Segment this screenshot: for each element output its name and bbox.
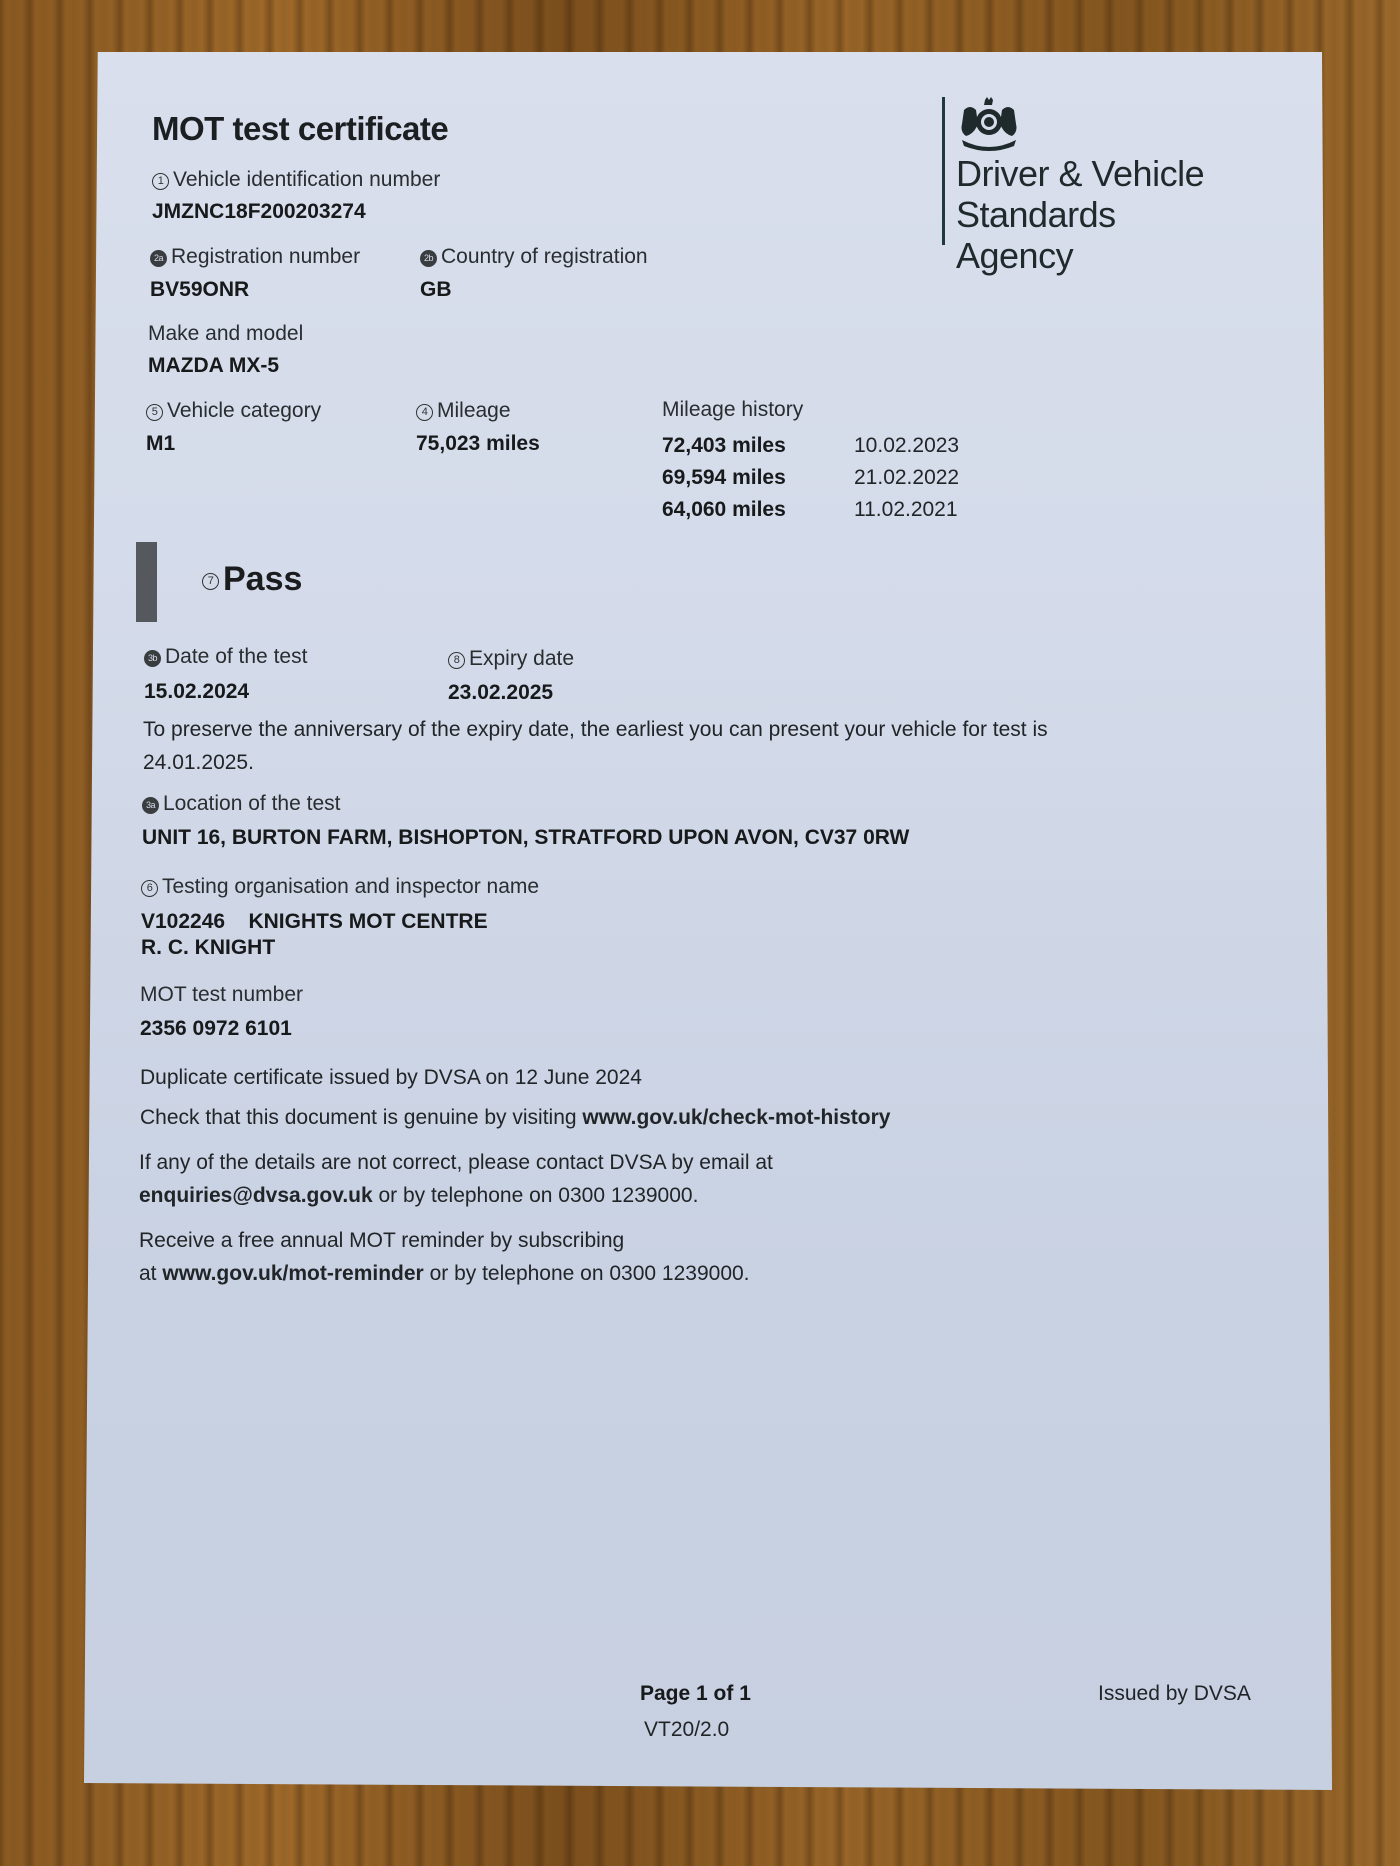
inspector-name: R. C. KNIGHT: [141, 936, 275, 960]
field-marker-icon: 7: [202, 573, 219, 590]
location-value: UNIT 16, BURTON FARM, BISHOPTON, STRATFO…: [142, 826, 909, 850]
country-label: 2bCountry of registration: [420, 245, 648, 269]
country-value: GB: [420, 278, 452, 302]
vin-label: 1Vehicle identification number: [152, 168, 440, 192]
vin-value: JMZNC18F200203274: [152, 200, 366, 224]
certificate-title: MOT test certificate: [152, 110, 448, 148]
duplicate-note: Duplicate certificate issued by DVSA on …: [140, 1066, 642, 1090]
mileage-label: 4Mileage: [416, 399, 511, 423]
make-model-value: MAZDA MX-5: [148, 354, 279, 378]
agency-name-line2: Standards: [956, 197, 1116, 233]
test-number-label: MOT test number: [140, 983, 303, 1007]
form-code: VT20/2.0: [644, 1718, 729, 1742]
field-marker-icon: 2a: [150, 250, 167, 267]
mileage-history-entry: 64,060 miles 11.02.2021: [662, 494, 959, 526]
agency-name-line3: Agency: [956, 238, 1073, 274]
registration-label: 2aRegistration number: [150, 245, 360, 269]
test-date-value: 15.02.2024: [144, 680, 249, 704]
make-model-label: Make and model: [148, 322, 303, 346]
check-note: Check that this document is genuine by v…: [140, 1106, 890, 1130]
vehicle-category-label: 5Vehicle category: [146, 399, 321, 423]
field-marker-icon: 2b: [420, 250, 437, 267]
test-date-label: 3bDate of the test: [144, 645, 307, 669]
expiry-date-label: 8Expiry date: [448, 647, 574, 671]
field-marker-icon: 3a: [142, 797, 159, 814]
organisation-value: V102246 KNIGHTS MOT CENTRE: [141, 910, 488, 934]
field-marker-icon: 8: [448, 652, 465, 669]
issuer-note: Issued by DVSA: [1098, 1682, 1251, 1706]
logo-divider: [942, 97, 945, 245]
field-marker-icon: 1: [152, 173, 169, 190]
field-marker-icon: 4: [416, 404, 433, 421]
mileage-history-entry: 72,403 miles 10.02.2023: [662, 430, 959, 462]
result-indicator-bar: [136, 542, 157, 622]
expiry-date-value: 23.02.2025: [448, 681, 553, 705]
contact-note-line1: If any of the details are not correct, p…: [139, 1151, 773, 1175]
agency-name-line1: Driver & Vehicle: [956, 156, 1204, 192]
contact-note-line2: enquiries@dvsa.gov.uk or by telephone on…: [139, 1184, 698, 1208]
anniversary-note-line1: To preserve the anniversary of the expir…: [143, 718, 1048, 742]
location-label: 3aLocation of the test: [142, 792, 340, 816]
organisation-label: 6Testing organisation and inspector name: [141, 875, 539, 899]
page-number: Page 1 of 1: [640, 1682, 751, 1706]
enquiries-email-link[interactable]: enquiries@dvsa.gov.uk: [139, 1184, 373, 1207]
mileage-history-label: Mileage history: [662, 398, 803, 422]
mileage-value: 75,023 miles: [416, 432, 540, 456]
registration-value: BV59ONR: [150, 278, 249, 302]
mileage-history-list: 72,403 miles 10.02.2023 69,594 miles 21.…: [662, 430, 959, 526]
royal-coat-of-arms-icon: [956, 96, 1022, 152]
field-marker-icon: 3b: [144, 650, 161, 667]
field-marker-icon: 5: [146, 404, 163, 421]
test-number-value: 2356 0972 6101: [140, 1017, 292, 1041]
reminder-note-line1: Receive a free annual MOT reminder by su…: [139, 1229, 624, 1253]
vehicle-category-value: M1: [146, 432, 175, 456]
check-mot-history-link[interactable]: www.gov.uk/check-mot-history: [582, 1106, 890, 1129]
reminder-note-line2: at www.gov.uk/mot-reminder or by telepho…: [139, 1262, 750, 1286]
field-marker-icon: 6: [141, 880, 158, 897]
anniversary-note-line2: 24.01.2025.: [143, 751, 254, 775]
test-result: 7Pass: [202, 560, 302, 599]
mileage-history-entry: 69,594 miles 21.02.2022: [662, 462, 959, 494]
mot-reminder-link[interactable]: www.gov.uk/mot-reminder: [162, 1262, 423, 1285]
mot-certificate-paper: MOT test certificate Driver & Vehicle St…: [84, 52, 1332, 1790]
